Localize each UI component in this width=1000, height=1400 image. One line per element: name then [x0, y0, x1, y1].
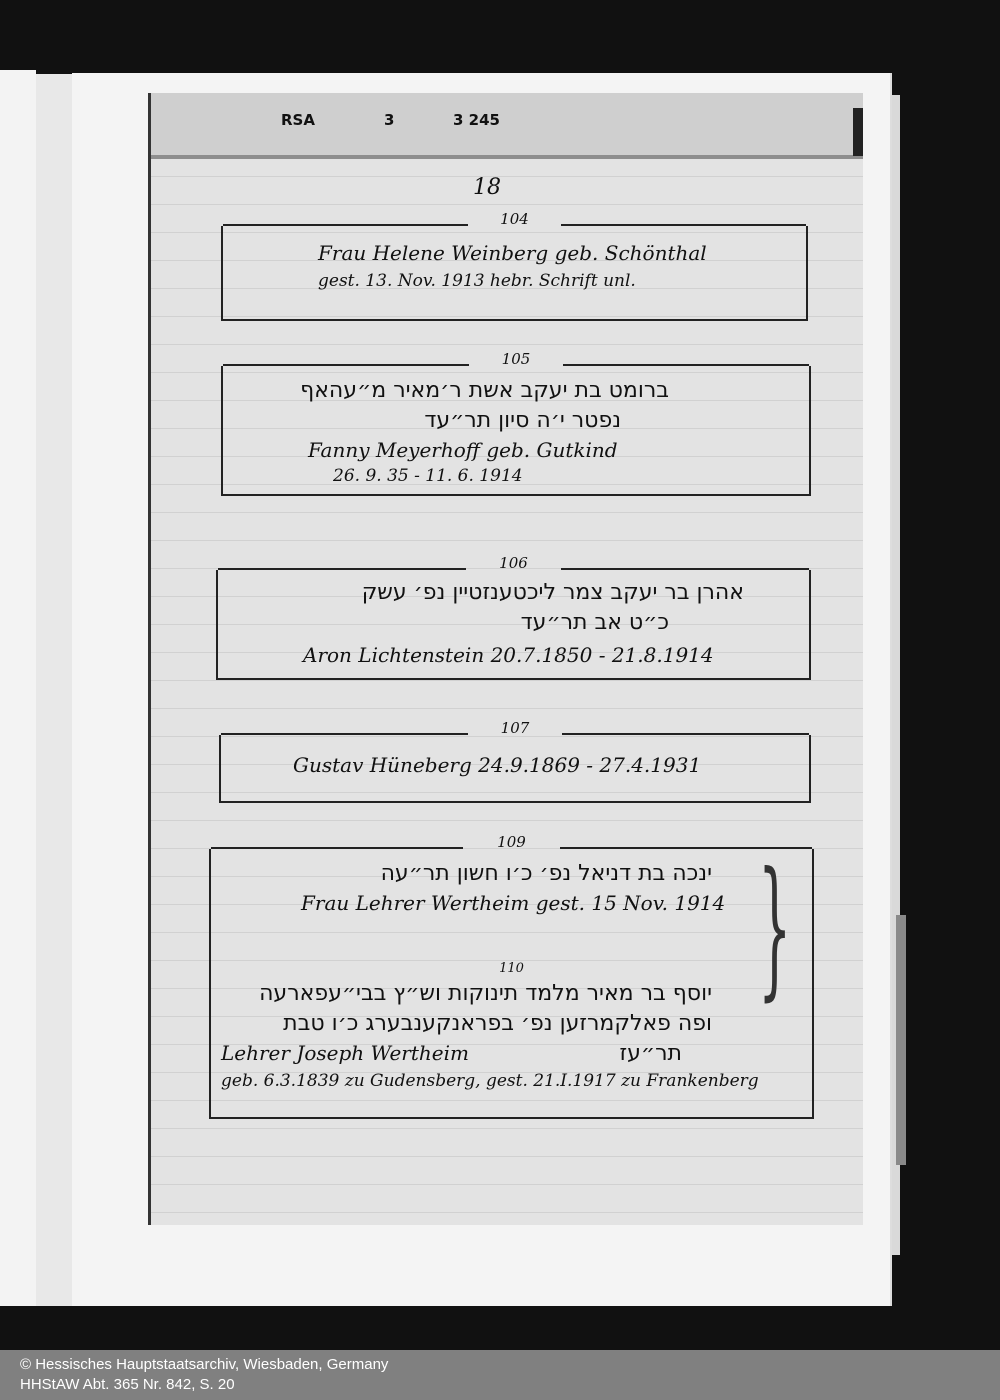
- binding-tab: [896, 915, 906, 1165]
- register-entry-106: 106 אהרן בר יעקב צמר ליכטענזטיין נפ׳ עשק…: [216, 570, 811, 680]
- entry-text-line: Gustav Hüneberg 24.9.1869 - 27.4.1931: [293, 753, 701, 777]
- entry-text-line: Lehrer Joseph Wertheim: [221, 1041, 469, 1065]
- copyright-notice: © Hessisches Hauptstaatsarchiv, Wiesbade…: [20, 1356, 388, 1373]
- entry-number-110: 110: [495, 961, 528, 976]
- register-entry-109-110: 109 ינכה בת דניאל נפ׳ כ׳ו חשון תר״עה Fra…: [209, 849, 814, 1119]
- hebrew-inscription-line: כ״ט אב תר״עד: [521, 610, 669, 635]
- left-page-edge: [0, 70, 36, 1306]
- entry-text-line: Frau Lehrer Wertheim gest. 15 Nov. 1914: [301, 891, 725, 915]
- curly-brace-mark: }: [758, 841, 791, 1015]
- hebrew-inscription-line: אהרן בר יעקב צמר ליכטענזטיין נפ׳ עשק: [362, 580, 744, 605]
- entry-text-line: Frau Helene Weinberg geb. Schönthal: [318, 241, 707, 265]
- entry-number: 105: [498, 350, 535, 368]
- archive-footer: © Hessisches Hauptstaatsarchiv, Wiesbade…: [0, 1350, 1000, 1400]
- archive-ref-rsa: RSA: [281, 111, 315, 129]
- entry-text-line: geb. 6.3.1839 zu Gudensberg, gest. 21.I.…: [221, 1071, 759, 1091]
- archive-ref-number: 3 245: [453, 111, 500, 129]
- photo-header-strip: RSA 3 3 245: [151, 93, 863, 159]
- entry-number: 109: [493, 833, 530, 851]
- register-entry-105: 105 ברומט בת יעקב אשת ר׳מאיר מ״עהאף נפטר…: [221, 366, 811, 496]
- archive-citation: HHStAW Abt. 365 Nr. 842, S. 20: [20, 1376, 235, 1393]
- hebrew-inscription-line: ינכה בת דניאל נפ׳ כ׳ו חשון תר״עה: [381, 861, 712, 886]
- photo-corner-mark: [853, 108, 863, 156]
- register-page-number: 18: [473, 175, 501, 200]
- archive-ref-series: 3: [384, 111, 394, 129]
- hebrew-inscription-line: ופה פאלקמרזען נפ׳ בפראנקענבערג כ׳ו טבת: [283, 1011, 712, 1036]
- entry-number: 107: [497, 719, 534, 737]
- entry-text-line: 26. 9. 35 - 11. 6. 1914: [333, 466, 523, 486]
- entry-number: 106: [495, 554, 532, 572]
- mounted-photograph: RSA 3 3 245 18 104 Frau Helene Weinberg …: [148, 93, 863, 1225]
- hebrew-inscription-line: נפטר י׳ה סיון תר״עד: [424, 408, 621, 433]
- hebrew-inscription-line: יוסף בר מאיר מלמד תינוקות וש״ץ בבי״עפארע…: [259, 981, 712, 1006]
- scan-background: RSA 3 3 245 18 104 Frau Helene Weinberg …: [0, 0, 1000, 1350]
- entry-text-line: gest. 13. Nov. 1913 hebr. Schrift unl.: [318, 271, 636, 291]
- book-gutter: [36, 74, 73, 1306]
- entry-number: 104: [496, 210, 533, 228]
- register-entry-107: 107 Gustav Hüneberg 24.9.1869 - 27.4.193…: [219, 735, 811, 803]
- entry-text-line: Aron Lichtenstein 20.7.1850 - 21.8.1914: [303, 643, 714, 667]
- hebrew-inscription-line: תר״עז: [620, 1041, 682, 1066]
- entry-text-line: Fanny Meyerhoff geb. Gutkind: [308, 438, 618, 462]
- register-entry-104: 104 Frau Helene Weinberg geb. Schönthal …: [221, 226, 808, 321]
- hebrew-inscription-line: ברומט בת יעקב אשת ר׳מאיר מ״עהאף: [300, 378, 669, 403]
